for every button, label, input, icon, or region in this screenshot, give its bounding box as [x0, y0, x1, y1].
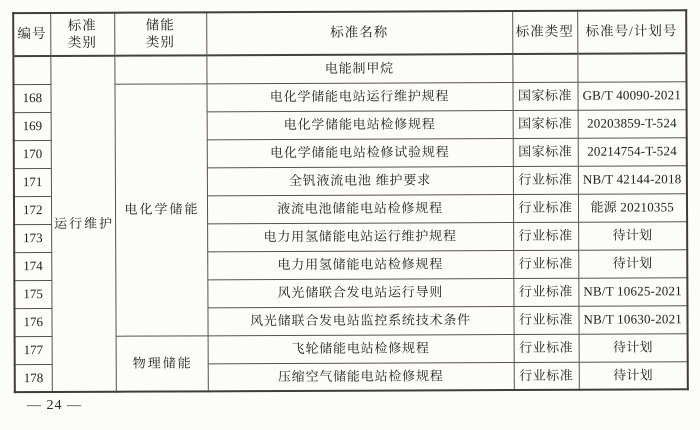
cell-standard-name: 电化学储能电站运行维护规程: [206, 82, 512, 111]
cell-number: [13, 56, 50, 84]
col-header-number: 编号: [13, 13, 50, 56]
col-header-name: 标准名称: [206, 11, 512, 55]
document-page: 编号 标准 类别 储能 类别 标准名称 标准类型 标准号/计划号 运行维护 电能…: [0, 0, 700, 430]
cell-standard-name: 液流电池储能电站检修规程: [207, 194, 513, 223]
table-row: 运行维护 电能制甲烷: [13, 53, 686, 84]
col-header-code: 标准号/计划号: [577, 10, 686, 53]
cell-standard-name: 电能制甲烷: [206, 54, 512, 83]
cell-number: 169: [14, 112, 51, 140]
cell-number: 177: [15, 336, 52, 364]
col-header-category: 标准 类别: [50, 13, 114, 56]
cell-number: 176: [14, 308, 51, 336]
cell-number: 171: [14, 168, 51, 196]
category-merged-cell: 运行维护: [50, 56, 115, 392]
cell-standard-name: 压缩空气储能电站检修规程: [208, 362, 514, 391]
table-row: 177 物理储能 飞轮储能电站检修规程 行业标准 待计划: [15, 333, 688, 364]
cell-standard-type: 行业标准: [513, 250, 578, 278]
cell-standard-code: 20203859-T-524: [578, 109, 687, 137]
cell-standard-code: 20214754-T-524: [578, 137, 687, 165]
cell-number: 178: [15, 364, 52, 392]
cell-standard-type: 国家标准: [512, 82, 577, 110]
storage-blank-cell: [114, 55, 206, 83]
cell-number: 173: [14, 224, 51, 252]
storage-physical-cell: 物理储能: [116, 335, 208, 391]
cell-number: 175: [14, 280, 51, 308]
col-header-type: 标准类型: [512, 11, 577, 54]
standards-table: 编号 标准 类别 储能 类别 标准名称 标准类型 标准号/计划号 运行维护 电能…: [12, 9, 689, 393]
cell-standard-type: 行业标准: [513, 222, 578, 250]
cell-number: 174: [14, 252, 51, 280]
cell-standard-code: GB/T 40090-2021: [577, 81, 686, 109]
cell-standard-code: NB/T 42144-2018: [578, 165, 687, 193]
cell-standard-type: [512, 54, 577, 82]
table-header-row: 编号 标准 类别 储能 类别 标准名称 标准类型 标准号/计划号: [13, 10, 686, 56]
standards-table-wrapper: 编号 标准 类别 储能 类别 标准名称 标准类型 标准号/计划号 运行维护 电能…: [12, 9, 689, 393]
cell-standard-type: 国家标准: [513, 110, 578, 138]
cell-standard-name: 全钒液流电池 维护要求: [207, 166, 513, 195]
cell-standard-name: 电化学储能电站检修试验规程: [207, 138, 513, 167]
cell-standard-code: NB/T 10630-2021: [578, 305, 687, 333]
cell-standard-type: 行业标准: [513, 166, 578, 194]
cell-standard-type: 行业标准: [514, 334, 579, 362]
cell-number: 172: [14, 196, 51, 224]
cell-standard-name: 电力用氢储能电站检修规程: [207, 250, 513, 279]
cell-standard-code: 能源 20210355: [578, 193, 687, 221]
table-row: 168 电化学储能 电化学储能电站运行维护规程 国家标准 GB/T 40090-…: [13, 81, 686, 112]
cell-standard-code: 待计划: [579, 361, 688, 389]
cell-standard-code: [577, 53, 686, 81]
cell-standard-code: 待计划: [578, 249, 687, 277]
cell-standard-type: 国家标准: [513, 138, 578, 166]
cell-number: 168: [13, 84, 50, 112]
cell-standard-code: 待计划: [579, 333, 688, 361]
cell-standard-name: 电化学储能电站检修规程: [207, 110, 513, 139]
page-number: — 24 —: [27, 398, 82, 414]
storage-electrochemical-cell: 电化学储能: [114, 83, 207, 335]
cell-standard-type: 行业标准: [513, 278, 578, 306]
cell-standard-name: 电力用氢储能电站运行维护规程: [207, 222, 513, 251]
cell-number: 170: [14, 140, 51, 168]
cell-standard-name: 飞轮储能电站检修规程: [208, 334, 514, 363]
cell-standard-name: 风光储联合发电站监控系统技术条件: [207, 306, 513, 335]
cell-standard-type: 行业标准: [514, 362, 579, 390]
cell-standard-code: NB/T 10625-2021: [578, 277, 687, 305]
cell-standard-type: 行业标准: [513, 194, 578, 222]
cell-standard-name: 风光储联合发电站运行导则: [207, 278, 513, 307]
cell-standard-type: 行业标准: [513, 306, 578, 334]
col-header-storage: 储能 类别: [114, 12, 206, 55]
cell-standard-code: 待计划: [578, 221, 687, 249]
